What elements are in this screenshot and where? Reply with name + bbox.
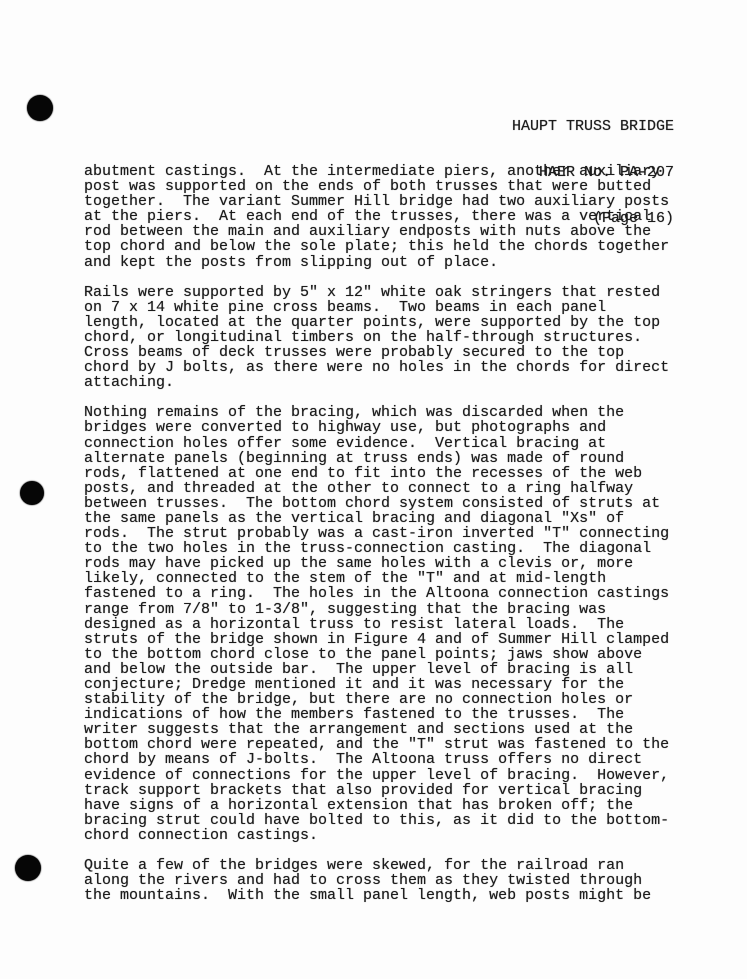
hole-punch-mark-middle: [20, 481, 44, 505]
paragraph-bracing-evidence: Nothing remains of the bracing, which wa…: [84, 405, 699, 843]
paragraph-rails-stringers: Rails were supported by 5" x 12" white o…: [84, 285, 699, 391]
header-document-title: HAUPT TRUSS BRIDGE: [512, 119, 674, 134]
hole-punch-mark-bottom: [15, 855, 41, 881]
paragraph-abutment-castings: abutment castings. At the intermediate p…: [84, 164, 699, 270]
document-page: HAUPT TRUSS BRIDGE HAER No. PA-207 (Page…: [0, 0, 747, 979]
hole-punch-mark-top: [27, 95, 53, 121]
paragraph-skewed-bridges: Quite a few of the bridges were skewed, …: [84, 858, 699, 903]
document-body-text: abutment castings. At the intermediate p…: [84, 164, 699, 903]
